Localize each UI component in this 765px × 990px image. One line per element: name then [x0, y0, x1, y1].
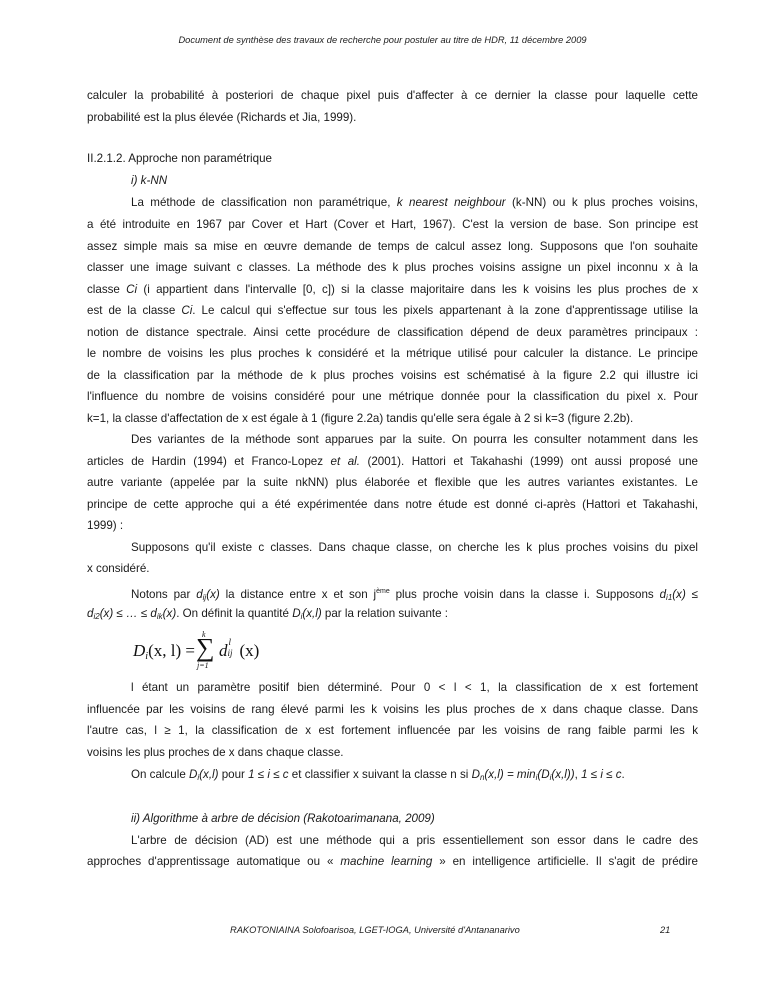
page-header: Document de synthèse des travaux de rech…	[0, 35, 765, 45]
math: 1 ≤ i ≤ c	[581, 768, 621, 781]
body-line: de la classification par la méthode de k…	[87, 369, 698, 383]
equation-lhs: Di(x, l) =	[133, 641, 195, 662]
text: (x) ≤	[672, 588, 698, 601]
text: (x)	[206, 588, 220, 601]
math-inequality: di2(x) ≤ … ≤ dik(x)	[87, 607, 176, 620]
text: (x)	[240, 641, 260, 660]
text: . Le calcul qui s'effectue sur tous les …	[192, 304, 698, 317]
body-line: 1999) :	[87, 519, 698, 533]
sum-sigma-icon: ∑	[196, 635, 215, 661]
superscript: ème	[376, 588, 390, 595]
math-Di: Di(x,l)	[292, 607, 321, 620]
italic-term: Ci	[126, 283, 137, 296]
text: articles de Hardin (1994) et Franco-Lope…	[87, 455, 331, 468]
page-footer-author: RAKOTONIAINA Solofoarisoa, LGET-IOGA, Un…	[230, 925, 520, 935]
text: (x, l) =	[148, 641, 195, 660]
body-line: Des variantes de la méthode sont apparue…	[131, 433, 698, 447]
body-line: classe Ci (i appartient dans l'intervall…	[87, 283, 698, 297]
body-line: autre variante (appelée par la suite nkN…	[87, 476, 698, 490]
text: (x,l) = min	[484, 768, 535, 781]
text: d	[219, 641, 228, 660]
text: pour	[218, 768, 248, 781]
text: .	[622, 768, 625, 781]
body-line: x considéré.	[87, 562, 698, 576]
text: (x)	[163, 607, 177, 620]
math: Di(x,l)	[189, 768, 218, 781]
body-line: probabilité est la plus élevée (Richards…	[87, 111, 698, 125]
body-line: La méthode de classification non paramét…	[131, 196, 698, 210]
body-line: calculer la probabilité à posteriori de …	[87, 89, 698, 103]
body-line: a été introduite en 1967 par Cover et Ha…	[87, 218, 698, 232]
text: la distance entre x et son j	[220, 588, 376, 601]
body-line: influencée par les voisins de rang élevé…	[87, 703, 698, 717]
text: On calcule	[131, 768, 189, 781]
text: approches d'apprentissage automatique ou…	[87, 855, 340, 868]
section-heading: II.2.1.2. Approche non paramétrique	[87, 152, 698, 166]
body-line: assez simple mais sa mise en œuvre deman…	[87, 240, 698, 254]
text: » en intelligence artificielle. Il s'agi…	[432, 855, 698, 868]
equation-rhs: dlij(x)	[219, 641, 259, 661]
subscript: ij	[228, 648, 233, 658]
math-dij: dij(x)	[196, 588, 220, 601]
document-page: Document de synthèse des travaux de rech…	[0, 0, 765, 990]
text: et classifier x suivant la classe n si	[289, 768, 472, 781]
superscript: l	[229, 637, 232, 647]
text: D	[133, 641, 145, 660]
body-line: l'autre cas, l ≥ 1, la classification de…	[87, 724, 698, 738]
italic-term: et al.	[331, 455, 360, 468]
body-line: principe de cette approche qui a été exp…	[87, 498, 698, 512]
text: D	[292, 607, 300, 620]
math: Dn(x,l) = mini(Di(x,l))	[472, 768, 575, 781]
body-line: di2(x) ≤ … ≤ dik(x). On définit la quant…	[87, 607, 698, 624]
body-line: est de la classe Ci. Le calcul qui s'eff…	[87, 304, 698, 318]
body-line: l'influence du nombre de voisins considé…	[87, 390, 698, 404]
body-line: Supposons qu'il existe c classes. Dans c…	[131, 541, 698, 555]
body-line: k=1, la classe d'affectation de x est ég…	[87, 412, 698, 426]
body-line: L'arbre de décision (AD) est une méthode…	[131, 834, 698, 848]
body-line: On calcule Di(x,l) pour 1 ≤ i ≤ c et cla…	[131, 768, 698, 785]
text: (x,l)	[199, 768, 218, 781]
text: (x) ≤ … ≤	[100, 607, 151, 620]
text: (i appartient dans l'intervalle [0, c]) …	[137, 283, 698, 296]
italic-term: Ci	[181, 304, 192, 317]
text: (k-NN) ou k plus proches voisins,	[506, 196, 698, 209]
body-line: classer une image suivant c classes. La …	[87, 261, 698, 275]
body-line: le nombre de voisins les plus proches k …	[87, 347, 698, 361]
text: . On définit la quantité	[176, 607, 292, 620]
body-line: Notons par dij(x) la distance entre x et…	[131, 585, 698, 605]
text: Notons par	[131, 588, 196, 601]
math-di1: di1(x) ≤	[660, 588, 698, 601]
subsection-heading-knn: i) k-NN	[131, 174, 698, 188]
body-line: approches d'apprentissage automatique ou…	[87, 855, 698, 869]
text: (x,l))	[551, 768, 574, 781]
body-line: articles de Hardin (1994) et Franco-Lope…	[87, 455, 698, 469]
body-line: l étant un paramètre positif bien déterm…	[131, 681, 698, 695]
page-number: 21	[660, 925, 670, 935]
text: (2001). Hattori et Takahashi (1999) ont …	[360, 455, 698, 468]
sum-lower-limit: j=1	[197, 661, 209, 670]
italic-term: k nearest neighbour	[397, 196, 506, 209]
text: D	[472, 768, 480, 781]
body-line: notion de distance spectrale. Ainsi cett…	[87, 326, 698, 340]
italic-term: machine learning	[340, 855, 432, 868]
text: par la relation suivante :	[322, 607, 448, 620]
text: plus proche voisin dans la classe i. Sup…	[390, 588, 660, 601]
body-line: voisins les plus proches de x dans chaqu…	[87, 746, 698, 760]
text: est de la classe	[87, 304, 181, 317]
text: (D	[537, 768, 549, 781]
text: (x,l)	[302, 607, 321, 620]
text: La méthode de classification non paramét…	[131, 196, 397, 209]
text: classe	[87, 283, 126, 296]
equation-Di: Di(x, l) = k ∑ j=1 dlij(x)	[133, 633, 333, 675]
math: 1 ≤ i ≤ c	[248, 768, 288, 781]
subsection-heading-tree: ii) Algorithme à arbre de décision (Rako…	[131, 812, 698, 826]
